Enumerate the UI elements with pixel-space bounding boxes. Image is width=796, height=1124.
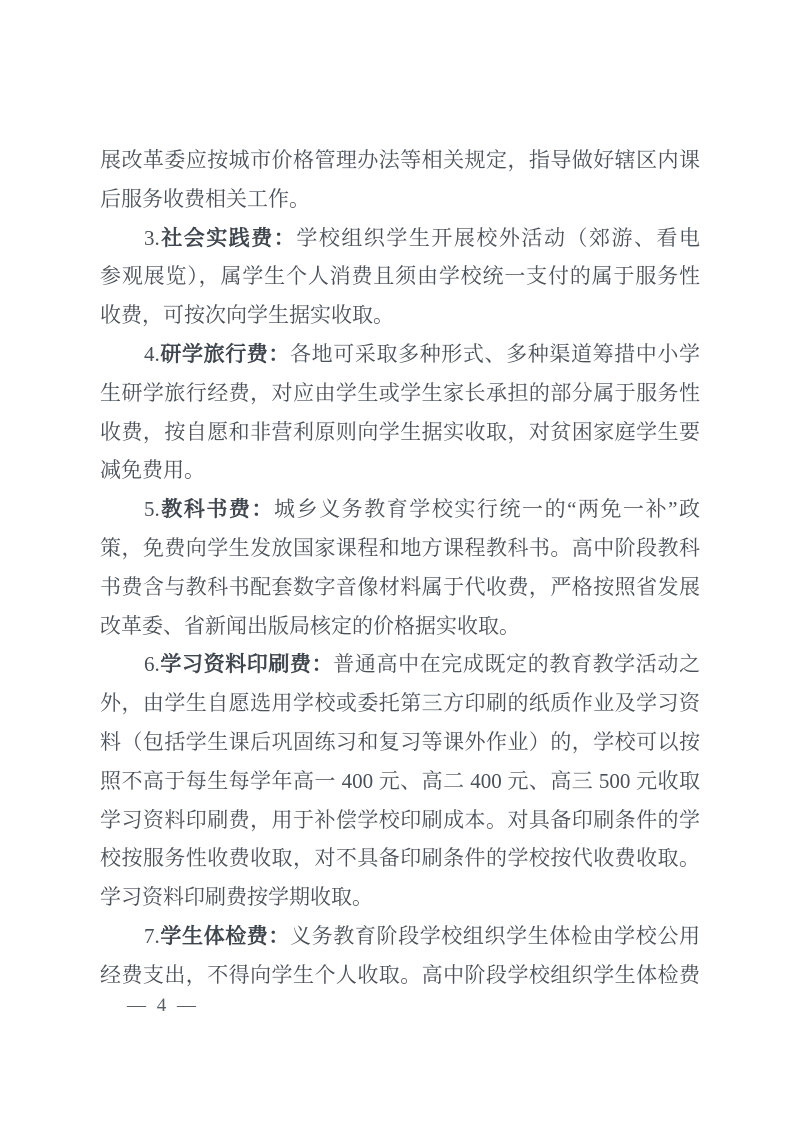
- fee-name-text: 研学旅行费：: [160, 342, 290, 366]
- body-text: 改革委、省新闻出版局核定的价格据实收取。: [100, 614, 520, 638]
- body-text: 外，由学生自愿选用学校或委托第三方印刷的纸质作业及学习资: [100, 691, 700, 715]
- text-line: 学习资料印刷费，用于补偿学校印刷成本。对具备印刷条件的学: [100, 801, 700, 840]
- body-text: 6.: [144, 652, 160, 676]
- fee-name-text: 学生体检费：: [160, 924, 290, 948]
- text-line: 校按服务性收费收取，对不具备印刷条件的学校按代收费收取。: [100, 839, 700, 878]
- body-text: 减免费用。: [100, 458, 205, 482]
- text-line: 收费，按自愿和非营利原则向学生据实收取，对贫困家庭学生要: [100, 413, 700, 452]
- text-line: 7.学生体检费：义务教育阶段学校组织学生体检由学校公用: [100, 917, 700, 956]
- body-text: 收费，可按次向学生据实收取。: [100, 303, 394, 327]
- text-line: 4.研学旅行费：各地可采取多种形式、多种渠道筹措中小学: [100, 335, 700, 374]
- text-line: 策，免费向学生发放国家课程和地方课程教科书。高中阶段教科: [100, 529, 700, 568]
- text-line: 展改革委应按城市价格管理办法等相关规定，指导做好辖区内课: [100, 141, 700, 180]
- text-line: 料（包括学生课后巩固练习和复习等课外作业）的，学校可以按: [100, 723, 700, 762]
- text-line: 收费，可按次向学生据实收取。: [100, 296, 700, 335]
- text-line: 学习资料印刷费按学期收取。: [100, 878, 700, 917]
- body-text: 5.: [144, 497, 160, 521]
- text-line: 外，由学生自愿选用学校或委托第三方印刷的纸质作业及学习资: [100, 684, 700, 723]
- fee-name-text: 教科书费：: [160, 497, 274, 521]
- text-line: 后服务收费相关工作。: [100, 180, 700, 219]
- body-text: 普通高中在完成既定的教育教学活动之: [333, 652, 700, 676]
- text-line: 改革委、省新闻出版局核定的价格据实收取。: [100, 607, 700, 646]
- body-text: 后服务收费相关工作。: [100, 187, 310, 211]
- body-text: 7.: [144, 924, 160, 948]
- text-line: 参观展览），属学生个人消费且须由学校统一支付的属于服务性: [100, 257, 700, 296]
- document-page: 展改革委应按城市价格管理办法等相关规定，指导做好辖区内课后服务收费相关工作。3.…: [0, 0, 796, 1124]
- document-body: 展改革委应按城市价格管理办法等相关规定，指导做好辖区内课后服务收费相关工作。3.…: [100, 141, 700, 995]
- body-text: 学习资料印刷费按学期收取。: [100, 885, 373, 909]
- body-text: 学习资料印刷费，用于补偿学校印刷成本。对具备印刷条件的学: [100, 808, 700, 832]
- text-line: 6.学习资料印刷费：普通高中在完成既定的教育教学活动之: [100, 645, 700, 684]
- page-footer: — 4 —: [127, 995, 199, 1017]
- body-text: 3.: [144, 226, 160, 250]
- body-text: 经费支出，不得向学生个人收取。高中阶段学校组织学生体检费: [100, 963, 700, 987]
- text-line: 5.教科书费：城乡义务教育学校实行统一的“两免一补”政: [100, 490, 700, 529]
- body-text: 书费含与教科书配套数字音像材料属于代收费，严格按照省发展: [100, 575, 700, 599]
- text-line: 书费含与教科书配套数字音像材料属于代收费，严格按照省发展: [100, 568, 700, 607]
- body-text: 各地可采取多种形式、多种渠道筹措中小学: [290, 342, 700, 366]
- text-line: 3.社会实践费：学校组织学生开展校外活动（郊游、看电影、: [100, 219, 700, 258]
- text-line: 经费支出，不得向学生个人收取。高中阶段学校组织学生体检费: [100, 956, 700, 995]
- body-text: 策，免费向学生发放国家课程和地方课程教科书。高中阶段教科: [100, 536, 700, 560]
- page-number: — 4 —: [127, 995, 199, 1016]
- body-text: 义务教育阶段学校组织学生体检由学校公用: [290, 924, 700, 948]
- body-text: 城乡义务教育学校实行统一的“两免一补”政: [274, 497, 700, 521]
- text-line: 减免费用。: [100, 451, 700, 490]
- body-text: 料（包括学生课后巩固练习和复习等课外作业）的，学校可以按: [100, 730, 700, 754]
- text-line: 生研学旅行经费，对应由学生或学生家长承担的部分属于服务性: [100, 374, 700, 413]
- body-text: 展改革委应按城市价格管理办法等相关规定，指导做好辖区内课: [100, 148, 700, 172]
- body-text: 生研学旅行经费，对应由学生或学生家长承担的部分属于服务性: [100, 381, 700, 405]
- text-line: 照不高于每生每学年高一 400 元、高二 400 元、高三 500 元收取: [100, 762, 700, 801]
- fee-name-text: 社会实践费：: [160, 226, 297, 250]
- body-text: 照不高于每生每学年高一 400 元、高二 400 元、高三 500 元收取: [100, 769, 700, 793]
- body-text: 收费，按自愿和非营利原则向学生据实收取，对贫困家庭学生要: [100, 420, 700, 444]
- fee-name-text: 学习资料印刷费：: [160, 652, 334, 676]
- body-text: 参观展览），属学生个人消费且须由学校统一支付的属于服务性: [100, 264, 700, 288]
- body-text: 校按服务性收费收取，对不具备印刷条件的学校按代收费收取。: [100, 846, 700, 870]
- body-text: 4.: [144, 342, 160, 366]
